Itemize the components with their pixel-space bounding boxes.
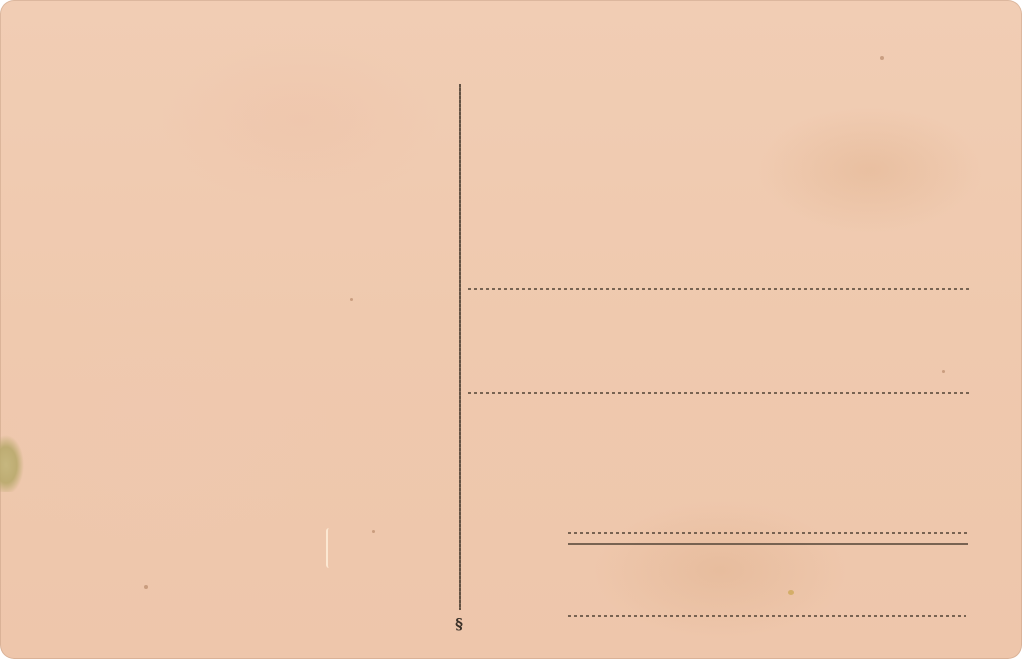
postcard-back: § (0, 0, 1022, 659)
speck (942, 370, 945, 373)
speck (372, 530, 375, 533)
speck (788, 590, 794, 595)
speck (880, 56, 884, 60)
speck (350, 298, 353, 301)
address-line-underline (568, 543, 968, 545)
address-line-3 (568, 532, 968, 534)
address-line-1 (468, 288, 970, 290)
speck (144, 585, 148, 589)
address-line-4 (568, 615, 966, 617)
message-address-divider (459, 84, 461, 610)
residue-stain (0, 420, 28, 492)
printer-mark: § (452, 613, 466, 635)
paper-crease (326, 528, 332, 568)
address-line-2 (468, 392, 970, 394)
